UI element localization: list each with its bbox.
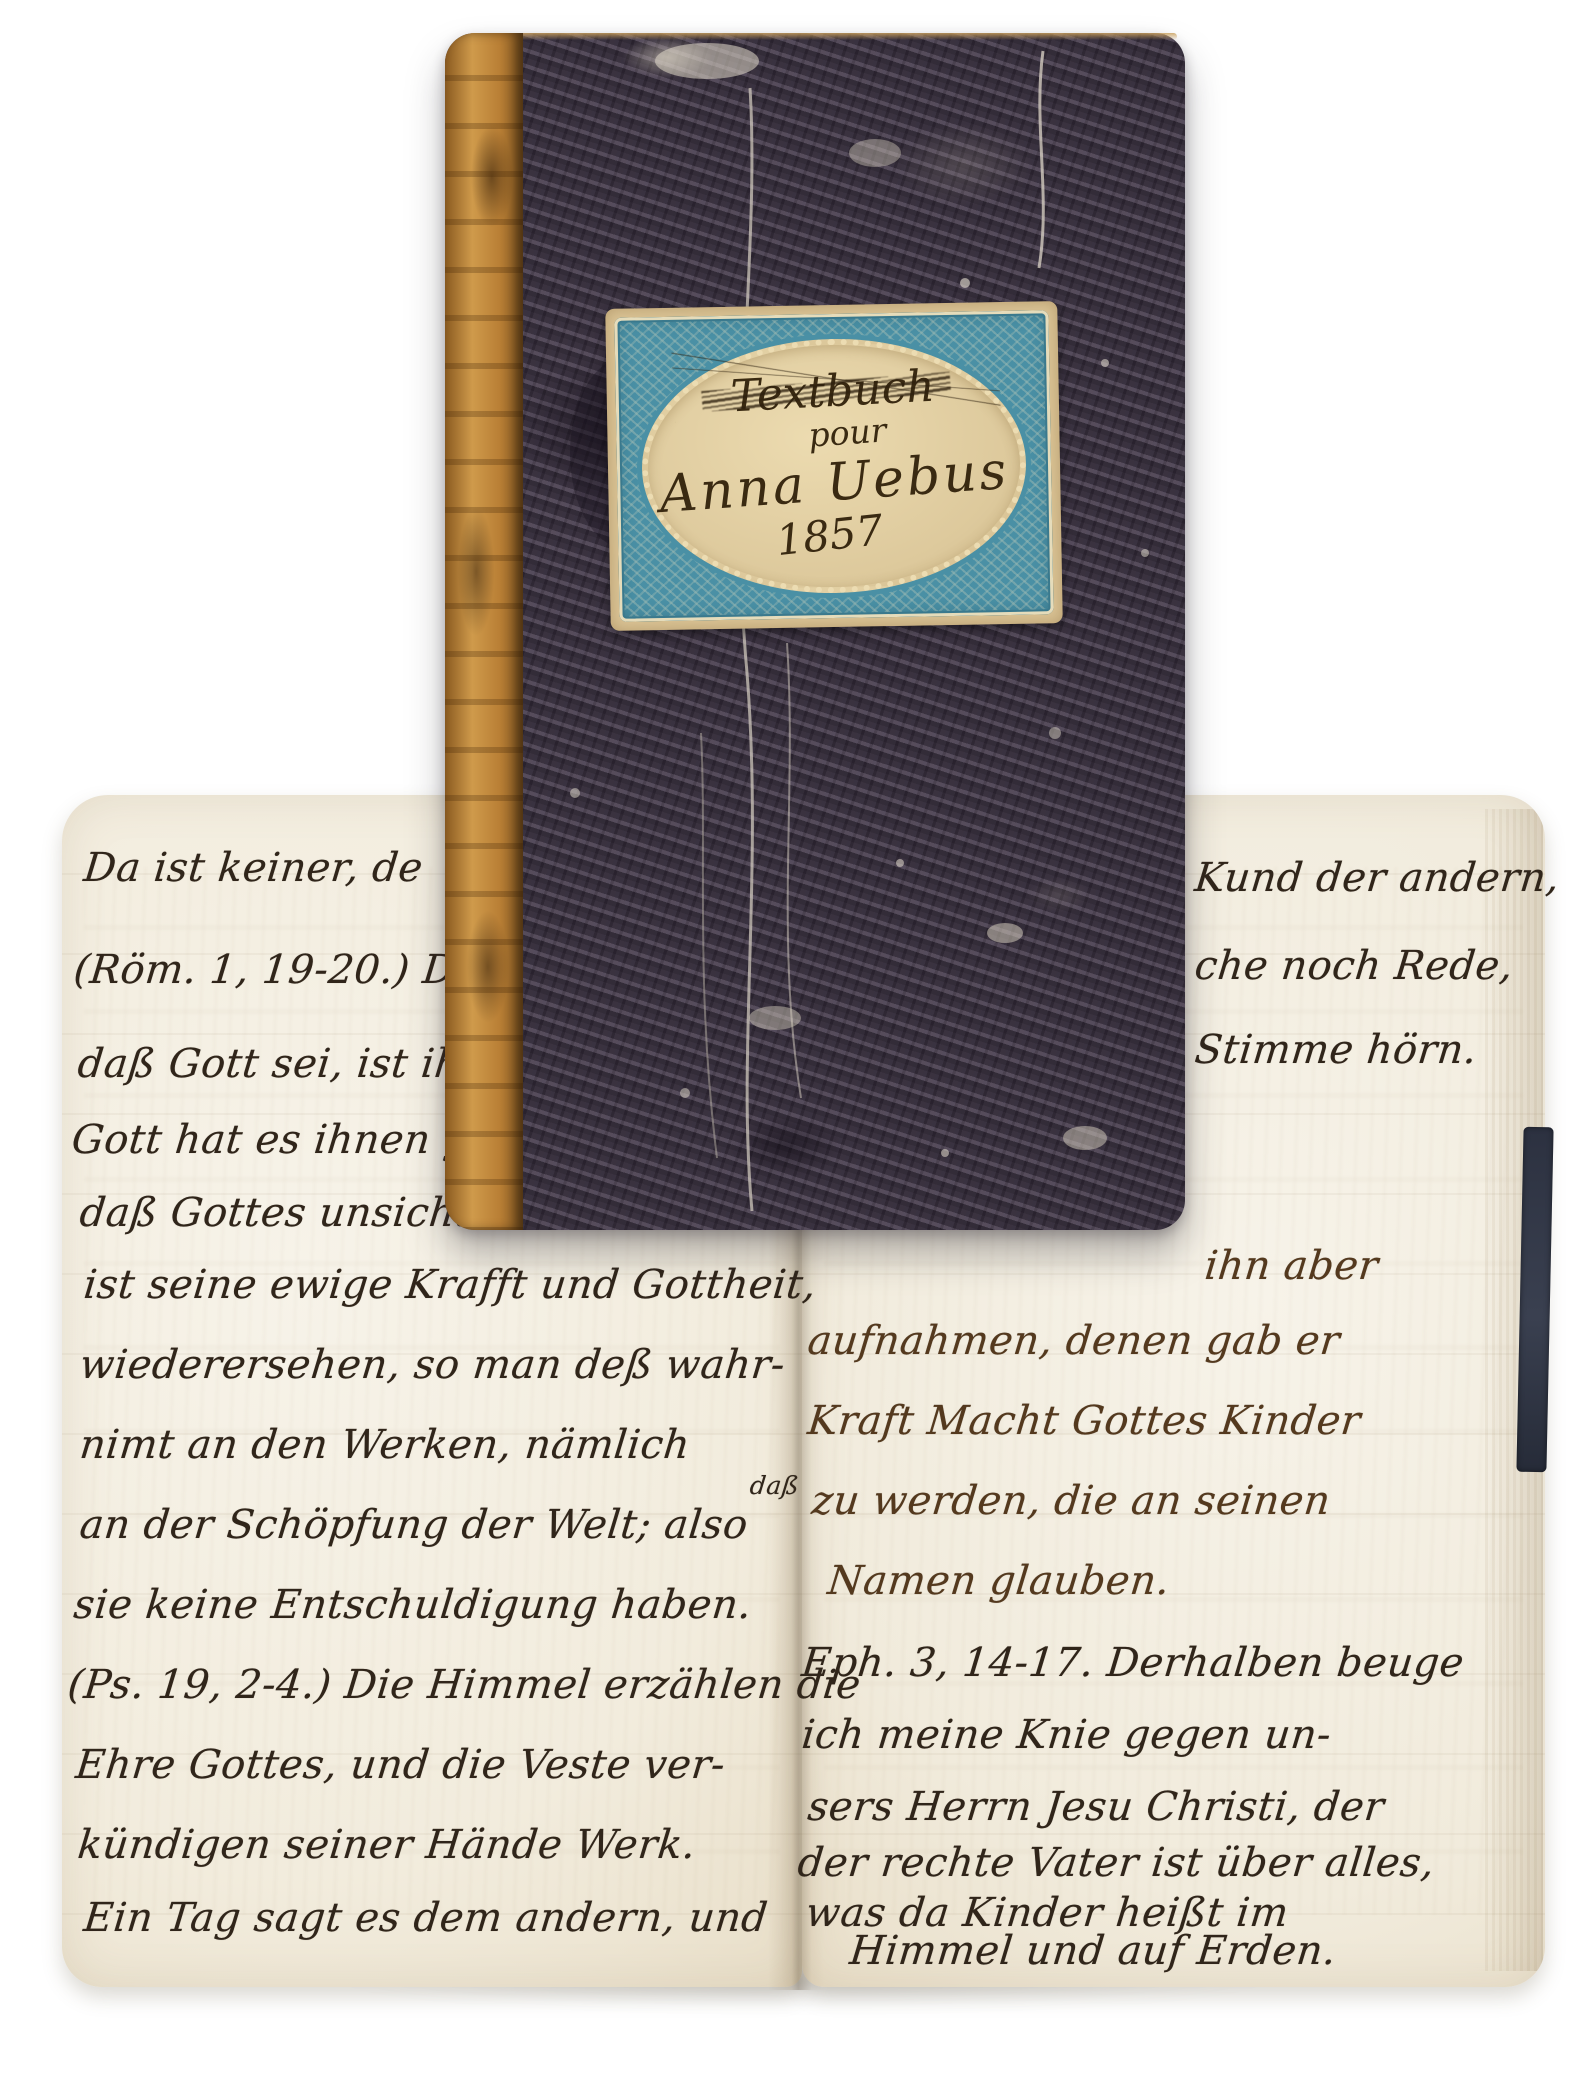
handwriting-line: kündigen seiner Hände Werk. (76, 1822, 699, 1868)
handwriting-line: nimt an den Werken, nämlich (78, 1422, 693, 1468)
photograph-of-notebooks: Da ist keiner, de (Röm. 1, 19-20.) Den d… (0, 0, 1583, 2082)
handwriting-line: Da ist keiner, de (82, 845, 426, 891)
handwriting-line: aufnahmen, denen gab er (806, 1318, 1343, 1364)
handwriting-line: ist seine ewige Krafft und Gottheit, (82, 1262, 819, 1308)
handwriting-line: Namen glauben. (826, 1558, 1173, 1604)
handwriting-line: Himmel und auf Erden. (848, 1928, 1339, 1974)
label-crossed-out-title: Textbuch (730, 364, 936, 421)
handwriting-line: zu werden, die an seinen (810, 1478, 1333, 1524)
handwriting-line: (Ps. 19, 2-4.) Die Himmel erzählen die (66, 1662, 863, 1708)
handwriting-line: ihn aber (1203, 1243, 1381, 1289)
handwriting-line: che noch Rede, (1193, 943, 1516, 989)
handwriting-line: Ehre Gottes, und die Veste ver- (74, 1742, 728, 1788)
cover-wear-cracks (445, 33, 1185, 1230)
handwriting-line: Stimme hörn. (1193, 1027, 1480, 1073)
handwriting-line: Kraft Macht Gottes Kinder (806, 1398, 1363, 1444)
handwriting-line: ich meine Knie gegen un- (800, 1712, 1334, 1758)
label-year: 1857 (774, 508, 885, 563)
handwriting-line: Eph. 3, 14-17. Derhalben beuge (800, 1640, 1467, 1686)
handwriting-line: der rechte Vater ist über alles, (796, 1840, 1437, 1886)
handwriting-line: daß Gott sei, ist ihn (76, 1041, 490, 1087)
cover-label: Textbuch pour Anna Uebus 1857 (605, 301, 1063, 631)
handwriting-line: sie keine Entschuldigung haben. (72, 1582, 754, 1628)
label-dedication: pour (807, 414, 887, 454)
handwriting-line: daß Gottes unsichtb (78, 1190, 501, 1236)
closed-booklet-cover: Textbuch pour Anna Uebus 1857 (445, 33, 1185, 1230)
handwriting-line: an der Schöpfung der Welt; also (78, 1502, 751, 1548)
handwriting-line: wiederersehen, so man deß wahr- (78, 1342, 788, 1388)
interlinear-insertion: daß (748, 1471, 800, 1500)
handwriting-line: (Röm. 1, 19-20.) Den (72, 947, 509, 993)
handwriting-line: sers Herrn Jesu Christi, der (806, 1784, 1387, 1830)
handwriting-line: Kund der andern, (1193, 855, 1562, 901)
handwriting-line: Ein Tag sagt es dem andern, und (82, 1895, 770, 1941)
dark-binding-edge (1516, 1127, 1553, 1473)
